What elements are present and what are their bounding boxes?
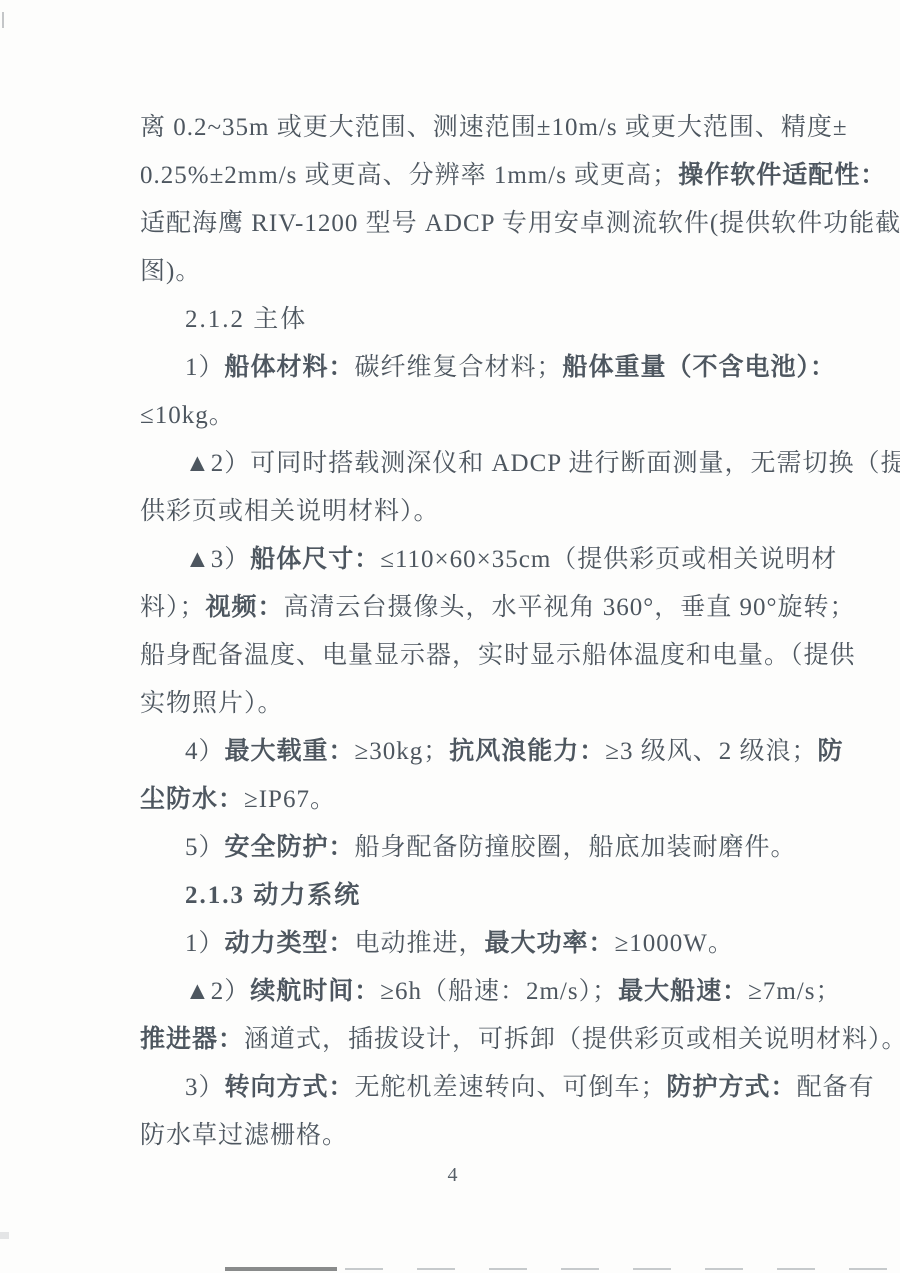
text-run: 电动推进， — [355, 930, 485, 957]
text-line: 2.1.2 主体 — [140, 296, 765, 344]
text-run: 5） — [185, 834, 225, 861]
text-line: 离 0.2~35m 或更大范围、测速范围±10m/s 或更大范围、精度± — [140, 104, 765, 152]
text-line: 实物照片）。 — [140, 680, 765, 728]
item-2-dual-mount: ▲2）可同时搭载测深仪和 ADCP 进行断面测量，无需切换（提供彩页或相关说明材… — [140, 440, 765, 536]
document-body: 离 0.2~35m 或更大范围、测速范围±10m/s 或更大范围、精度±0.25… — [140, 104, 765, 1160]
text-line: 尘防水：≥IP67。 — [140, 776, 765, 824]
spec-label: 2.1.3 动力系统 — [185, 882, 361, 909]
text-run: 图)。 — [140, 258, 201, 285]
text-run: 4） — [185, 738, 225, 765]
text-run: 料）； — [140, 594, 206, 621]
text-line: ▲2）续航时间：≥6h（船速：2m/s）；最大船速：≥7m/s； — [140, 968, 765, 1016]
text-run: ≥7m/s； — [748, 978, 841, 1005]
text-line: 船身配备温度、电量显示器，实时显示船体温度和电量。（提供 — [140, 632, 765, 680]
text-run: ≥30kg； — [355, 738, 450, 765]
text-line: ▲2）可同时搭载测深仪和 ADCP 进行断面测量，无需切换（提 — [140, 440, 765, 488]
text-run: 无舵机差速转向、可倒车； — [355, 1074, 667, 1101]
text-run: ▲2）可同时搭载测深仪和 ADCP 进行断面测量，无需切换（提 — [185, 450, 900, 477]
spec-label: 最大功率： — [485, 930, 615, 957]
scan-artifact-left-edge — [2, 12, 4, 28]
text-run: 涵道式，插拔设计，可拆卸（提供彩页或相关说明材料）。 — [244, 1026, 900, 1053]
text-run: 高清云台摄像头，水平视角 360°，垂直 90°旋转； — [284, 594, 856, 621]
text-run: 3） — [185, 1074, 225, 1101]
text-line: 料）；视频：高清云台摄像头，水平视角 360°，垂直 90°旋转； — [140, 584, 765, 632]
spec-label: 视频： — [206, 594, 284, 621]
text-run: 船身配备防撞胶圈，船底加装耐磨件。 — [355, 834, 797, 861]
spec-label: 防护方式： — [667, 1074, 797, 1101]
heading-2-1-3-power-system: 2.1.3 动力系统 — [140, 872, 765, 920]
document-page: 离 0.2~35m 或更大范围、测速范围±10m/s 或更大范围、精度±0.25… — [0, 0, 900, 1273]
scan-artifact-next-page-edge-dashes — [345, 1268, 900, 1270]
spec-label: 防 — [818, 738, 844, 765]
text-run: ≥6h（船速：2m/s）； — [380, 978, 618, 1005]
text-run: ▲2） — [185, 978, 250, 1005]
text-line: ▲3）船体尺寸：≤110×60×35cm（提供彩页或相关说明材 — [140, 536, 765, 584]
scan-artifact-bottom-left — [0, 1232, 9, 1239]
spec-label: 最大载重： — [225, 738, 355, 765]
item-3-hull-size-video: ▲3）船体尺寸：≤110×60×35cm（提供彩页或相关说明材料）；视频：高清云… — [140, 536, 765, 728]
item-3-steering: 3）转向方式：无舵机差速转向、可倒车；防护方式：配备有防水草过滤栅格。 — [140, 1064, 765, 1160]
text-line: 2.1.3 动力系统 — [140, 872, 765, 920]
text-run: 1） — [185, 930, 225, 957]
text-run: ≤110×60×35cm（提供彩页或相关说明材 — [380, 546, 837, 573]
item-4-max-load: 4）最大载重：≥30kg；抗风浪能力：≥3 级风、2 级浪；防尘防水：≥IP67… — [140, 728, 765, 824]
scan-artifact-next-page-edge — [225, 1267, 337, 1271]
text-run: ≤10kg。 — [140, 402, 235, 429]
item-1-power-type: 1）动力类型：电动推进，最大功率：≥1000W。 — [140, 920, 765, 968]
heading-2-1-2-hull: 2.1.2 主体 — [140, 296, 765, 344]
spec-label: 推进器： — [140, 1026, 244, 1053]
text-run: 2.1.2 主体 — [185, 306, 307, 333]
text-run: 碳纤维复合材料； — [355, 354, 563, 381]
text-run: 离 0.2~35m 或更大范围、测速范围±10m/s 或更大范围、精度± — [140, 114, 848, 141]
text-line: 1）船体材料：碳纤维复合材料；船体重量（不含电池）： — [140, 344, 765, 392]
text-line: 供彩页或相关说明材料）。 — [140, 488, 765, 536]
spec-label: 安全防护： — [225, 834, 355, 861]
spec-label: 动力类型： — [225, 930, 355, 957]
spec-label: 续航时间： — [250, 978, 380, 1005]
text-run: ≥1000W。 — [615, 930, 734, 957]
page-number: 4 — [140, 1160, 765, 1190]
text-line: 0.25%±2mm/s 或更高、分辨率 1mm/s 或更高；操作软件适配性： — [140, 152, 765, 200]
text-run: ▲3） — [185, 546, 250, 573]
text-line: 图)。 — [140, 248, 765, 296]
spec-label: 最大船速： — [618, 978, 748, 1005]
text-run: 配备有 — [797, 1074, 875, 1101]
spec-label: 操作软件适配性： — [678, 162, 886, 189]
text-line: 3）转向方式：无舵机差速转向、可倒车；防护方式：配备有 — [140, 1064, 765, 1112]
spec-label: 尘防水： — [140, 786, 244, 813]
text-line: 5）安全防护：船身配备防撞胶圈，船底加装耐磨件。 — [140, 824, 765, 872]
item-2-endurance: ▲2）续航时间：≥6h（船速：2m/s）；最大船速：≥7m/s；推进器：涵道式，… — [140, 968, 765, 1064]
spec-label: 船体材料： — [225, 354, 355, 381]
text-run: 0.25%±2mm/s 或更高、分辨率 1mm/s 或更高； — [140, 162, 678, 189]
item-1-hull-material: 1）船体材料：碳纤维复合材料；船体重量（不含电池）：≤10kg。 — [140, 344, 765, 440]
para-adcp-specs-continued: 离 0.2~35m 或更大范围、测速范围±10m/s 或更大范围、精度±0.25… — [140, 104, 765, 296]
text-line: 1）动力类型：电动推进，最大功率：≥1000W。 — [140, 920, 765, 968]
text-run: 防水草过滤栅格。 — [140, 1122, 348, 1149]
text-run: 船身配备温度、电量显示器，实时显示船体温度和电量。（提供 — [140, 642, 856, 669]
text-run: 供彩页或相关说明材料）。 — [140, 498, 440, 525]
text-run: ≥IP67。 — [244, 786, 336, 813]
spec-label: 转向方式： — [225, 1074, 355, 1101]
text-line: 防水草过滤栅格。 — [140, 1112, 765, 1160]
text-run: 1） — [185, 354, 225, 381]
spec-label: 船体重量（不含电池）： — [563, 354, 837, 381]
text-run: 适配海鹰 RIV-1200 型号 ADCP 专用安卓测流软件(提供软件功能截 — [140, 210, 900, 237]
text-line: 4）最大载重：≥30kg；抗风浪能力：≥3 级风、2 级浪；防 — [140, 728, 765, 776]
item-5-safety: 5）安全防护：船身配备防撞胶圈，船底加装耐磨件。 — [140, 824, 765, 872]
text-line: 推进器：涵道式，插拔设计，可拆卸（提供彩页或相关说明材料）。 — [140, 1016, 765, 1064]
text-line: 适配海鹰 RIV-1200 型号 ADCP 专用安卓测流软件(提供软件功能截 — [140, 200, 765, 248]
text-run: ≥3 级风、2 级浪； — [605, 738, 817, 765]
text-run: 实物照片）。 — [140, 690, 284, 717]
text-line: ≤10kg。 — [140, 392, 765, 440]
spec-label: 船体尺寸： — [250, 546, 380, 573]
spec-label: 抗风浪能力： — [449, 738, 605, 765]
